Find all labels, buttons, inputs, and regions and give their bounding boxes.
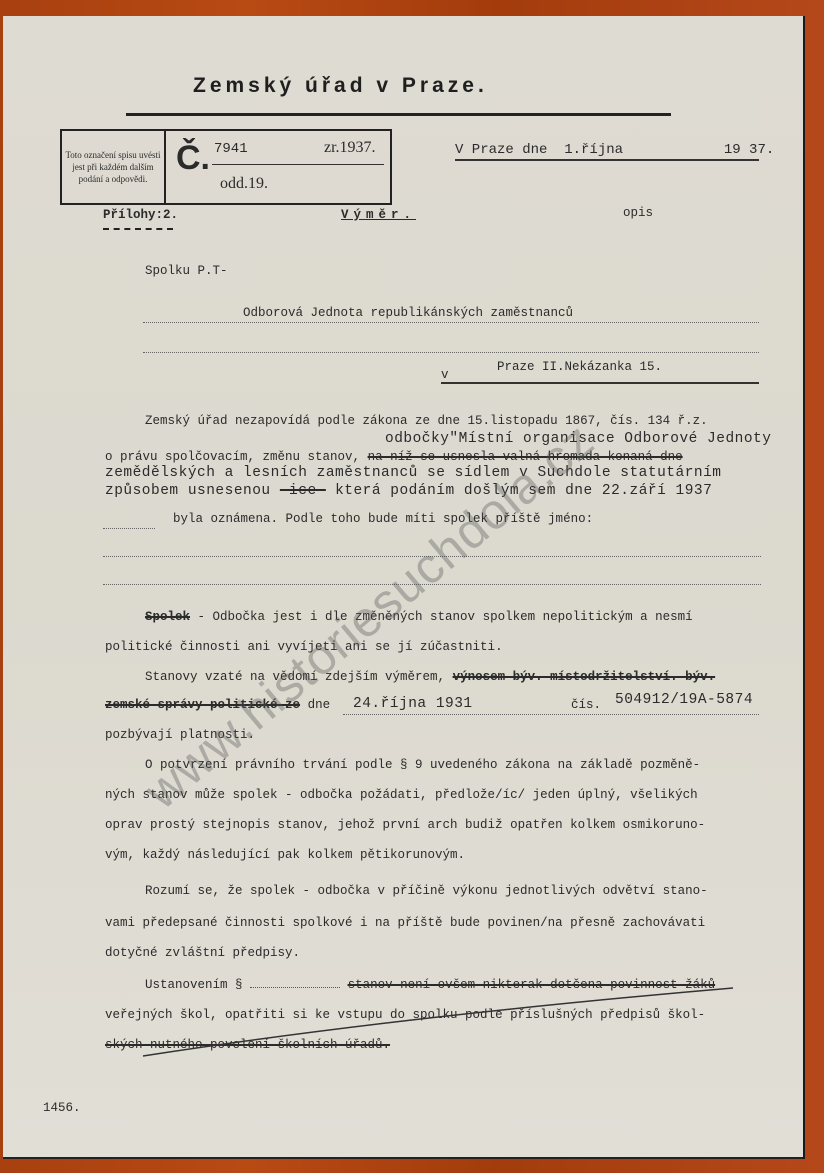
- p3-number: 504912/19A-5874: [615, 692, 753, 708]
- p2-line1-text: - Odbočka jest i dle změněných stanov sp…: [190, 610, 693, 624]
- p1-line4: způsobem usnesenou -ice- která podáním d…: [105, 483, 712, 499]
- addressee-line-1: [143, 322, 759, 323]
- p5-line3: dotyčné zvláštní předpisy.: [105, 946, 300, 960]
- addressee-line-2: [143, 352, 759, 353]
- reference-c-label: Č.: [176, 139, 210, 178]
- p3-date: 24.října 1931: [353, 696, 473, 712]
- p4-line3: oprav prostý stejnopis stanov, jehož prv…: [105, 818, 705, 832]
- address-underline: [441, 382, 759, 384]
- address-v: v: [441, 368, 449, 382]
- address: Praze II.Nekázanka 15.: [497, 360, 662, 374]
- date-line: V Praze dne 1.října 19 37.: [455, 142, 774, 158]
- copy-mark: opis: [623, 206, 653, 220]
- footer-number: 1456.: [43, 1101, 81, 1115]
- cancel-stroke: [103, 976, 753, 1066]
- p1-line4-struck: -ice-: [280, 483, 326, 499]
- reference-box: Toto označení spisu uvésti jest při každ…: [60, 129, 392, 205]
- p1-line2-text: o právu spolčovacím, změnu stanov,: [105, 450, 360, 464]
- date-underline: [455, 159, 759, 161]
- p2-line1: Spolek - Odbočka jest i dle změněných st…: [145, 610, 693, 624]
- attachments-label: Přílohy:2.: [103, 208, 178, 222]
- p1-line1: Zemský úřad nezapovídá podle zákona ze d…: [145, 414, 708, 428]
- attachments-underline: [103, 228, 173, 230]
- p2-struck: Spolek: [145, 610, 190, 624]
- addressee-name: Odborová Jednota republikánských zaměstn…: [243, 306, 573, 320]
- p3-cis: čís.: [571, 698, 601, 712]
- p5-line2: vami předepsané činnosti spolkové i na p…: [105, 916, 705, 930]
- document-page: Zemský úřad v Praze. Toto označení spisu…: [3, 16, 803, 1159]
- reference-number: 7941: [214, 141, 248, 157]
- heading-underline: [126, 113, 671, 116]
- p3-line1-struck: výnosem býv. místodržitelství. býv.: [453, 670, 716, 684]
- reference-department: odd.19.: [220, 175, 268, 193]
- p1-blank-line: [103, 528, 155, 529]
- p3-line1: Stanovy vzaté na vědomí zdejším výměrem,…: [145, 670, 715, 684]
- p1-line3: zemědělských a lesních zaměstnanců se sí…: [105, 465, 722, 481]
- p5-line1: Rozumí se, že spolek - odbočka v příčině…: [145, 884, 708, 898]
- addressee-prefix: Spolku P.T-: [145, 264, 228, 278]
- document-heading: Zemský úřad v Praze.: [193, 74, 488, 98]
- reference-divider: [212, 164, 384, 165]
- p1-line4-text: způsobem usnesenou: [105, 483, 271, 499]
- p3-dotline: [343, 714, 759, 715]
- reference-note: Toto označení spisu uvésti jest při každ…: [62, 131, 166, 203]
- document-title: Výměr.: [341, 208, 416, 222]
- reference-year: zr.1937.: [324, 139, 376, 157]
- p4-line4: vým, každý následující pak kolkem pětiko…: [105, 848, 465, 862]
